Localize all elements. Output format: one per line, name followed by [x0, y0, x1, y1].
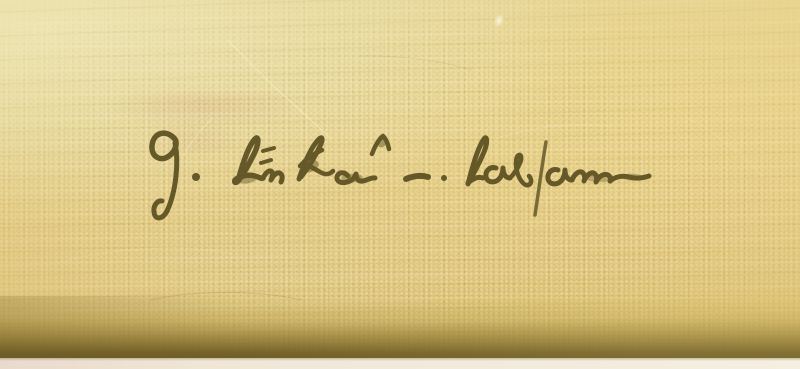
ink-pool: [622, 174, 642, 181]
signature-stroke-g: [152, 133, 176, 158]
signature-slash: [535, 142, 546, 215]
signature-stroke-s: [510, 155, 531, 185]
signature-hyphen: [406, 176, 428, 179]
signature-stroke-a3: [548, 170, 572, 184]
frame-edge-strip: [0, 358, 800, 369]
signature-umlaut-dash: [261, 160, 271, 163]
signature-dot: [441, 175, 447, 181]
painting-signature-photo: Close-up detail of an oil painting on wo…: [0, 0, 800, 369]
signature-stroke-u: [263, 171, 282, 182]
signature-umlaut-dash: [263, 148, 274, 151]
signature-dot: [192, 173, 200, 181]
ink-pool: [586, 174, 614, 182]
ink-pool: [341, 174, 363, 183]
signature-stroke-a2: [486, 168, 510, 182]
bottom-shadow-band: [0, 296, 800, 359]
